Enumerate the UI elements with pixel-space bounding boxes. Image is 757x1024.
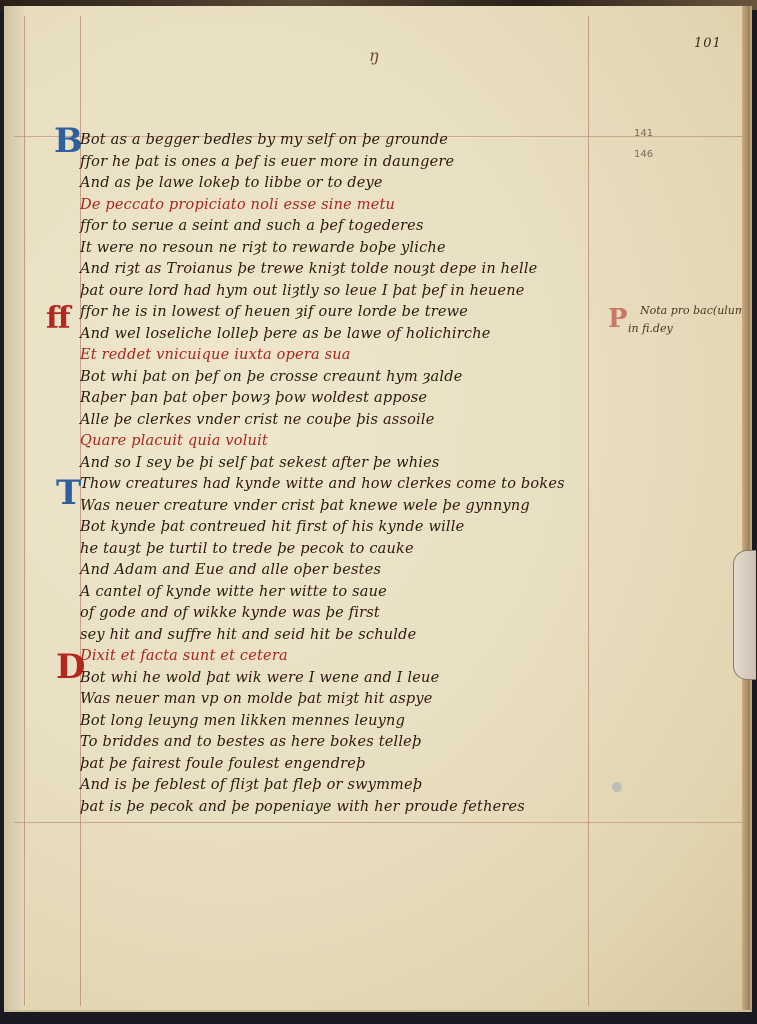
quire-signature: ŋ — [369, 46, 379, 65]
text-line: sey hit and suffre hit and seid hit be s… — [80, 625, 720, 647]
initial-ff-red: ff — [46, 302, 71, 336]
text-line: Bot whi þat on þef on þe crosse creaunt … — [80, 367, 720, 389]
text-line: And so I sey be þi self þat sekest after… — [80, 453, 720, 475]
text-line: And is þe feblest of fliȝt þat fleþ or s… — [80, 775, 720, 797]
text-line: he tauȝt þe turtil to trede þe pecok to … — [80, 539, 720, 561]
text-line: And wel loseliche lolleþ þere as be lawe… — [80, 324, 720, 346]
text-line: Bot whi he wold þat wik were I wene and … — [80, 668, 720, 690]
text-line: þat þe fairest foule foulest engendreþ — [80, 754, 720, 776]
rubric-line: Quare placuit quia voluit — [80, 431, 720, 453]
text-line: And riȝt as Troianus þe trewe kniȝt told… — [80, 259, 720, 281]
text-line: þat is þe pecok and þe popeniaye with he… — [80, 797, 720, 819]
text-line: A cantel of kynde witte her witte to sau… — [80, 582, 720, 604]
text-line: Bot long leuyng men likken mennes leuyng — [80, 711, 720, 733]
manuscript-page: ŋ 101 141 146 Nota pro bac(ulum) in fi.d… — [4, 6, 752, 1012]
rubric-line: Et reddet vnicuique iuxta opera sua — [80, 345, 720, 367]
text-line: Thow creatures had kynde witte and how c… — [80, 474, 720, 496]
text-line: þat oure lord had hym out liȝtly so leue… — [80, 281, 720, 303]
ruling-line-left — [24, 16, 25, 1006]
text-line: And as þe lawe lokeþ to libbe or to deye — [80, 173, 720, 195]
text-line: ffor to serue a seint and such a þef tog… — [80, 216, 720, 238]
text-line: Bot as a begger bedles by my self on þe … — [80, 130, 720, 152]
folio-number: 101 — [694, 36, 722, 51]
rubric-line: Dixit et facta sunt et cetera — [80, 646, 720, 668]
manuscript-text-block: Bot as a begger bedles by my self on þe … — [80, 130, 720, 818]
text-line: Was neuer creature vnder crist þat knewe… — [80, 496, 720, 518]
text-line: It were no resoun ne riȝt to rewarde boþ… — [80, 238, 720, 260]
initial-t-blue: T — [56, 476, 81, 510]
text-line: To briddes and to bestes as here bokes t… — [80, 732, 720, 754]
text-line: ffor he þat is ones a þef is euer more i… — [80, 152, 720, 174]
ruling-line-bottom — [14, 822, 744, 823]
text-line: And Adam and Eue and alle oþer bestes — [80, 560, 720, 582]
page-tab-marker — [733, 550, 756, 680]
text-line: ffor he is in lowest of heuen ȝif oure l… — [80, 302, 720, 324]
text-line: Alle þe clerkes vnder crist ne couþe þis… — [80, 410, 720, 432]
text-line: Raþer þan þat oþer þowȝ þow woldest appo… — [80, 388, 720, 410]
text-line: Was neuer man vp on molde þat miȝt hit a… — [80, 689, 720, 711]
text-line: Bot kynde þat contreued hit first of his… — [80, 517, 720, 539]
text-line: of gode and of wikke kynde was þe first — [80, 603, 720, 625]
rubric-line: De peccato propiciato noli esse sine met… — [80, 195, 720, 217]
initial-b-blue: B — [54, 124, 83, 158]
